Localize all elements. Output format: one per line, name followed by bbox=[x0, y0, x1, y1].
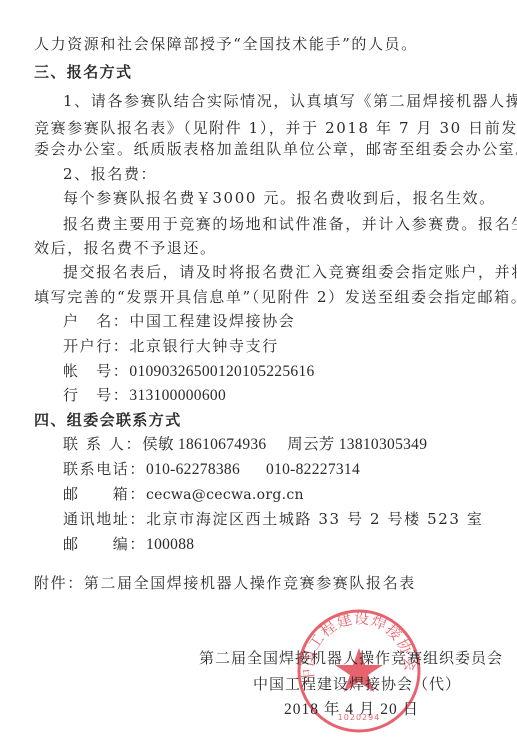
phone-label: 联系电话： bbox=[63, 459, 146, 479]
fee-line: 每个参赛队报名费￥3000 元。报名费收到后，报名生效。 bbox=[63, 188, 496, 208]
contacts-row: 联 系 人：侯敏 18610674936周云芳 13810305349 bbox=[63, 434, 427, 455]
submit-line2: 填写完善的“发票开具信息单”（见附件 2）发送至组委会指定邮箱。 bbox=[34, 287, 517, 307]
signature-org2: 中国工程建设焊接协会（代） bbox=[253, 674, 461, 694]
bank-row: 开户行：北京银行大钟寺支行 bbox=[63, 336, 279, 356]
fee-use-line2: 效后，报名费不予退还。 bbox=[34, 238, 217, 258]
account-no-label: 帐 号： bbox=[63, 361, 129, 381]
address-value: 北京市海淀区西土城路 33 号 2 号楼 523 室 bbox=[146, 510, 483, 528]
item1-line3: 委会办公室。纸质版表格加盖组队单位公章，邮寄至组委会办公室。 bbox=[34, 139, 517, 159]
bank-code-label: 行 号： bbox=[63, 385, 129, 405]
phone-1: 010-62278386 bbox=[146, 460, 266, 480]
attachment-line: 附件：第二届全国焊接机器人操作竞赛参赛队报名表 bbox=[34, 573, 416, 593]
account-no-value: 01090326500120105225616 bbox=[129, 363, 314, 380]
postcode-label: 邮 编： bbox=[63, 534, 146, 554]
account-no-row: 帐 号：01090326500120105225616 bbox=[63, 361, 315, 382]
address-row: 通讯地址：北京市海淀区西土城路 33 号 2 号楼 523 室 bbox=[63, 509, 484, 529]
bank-code-row: 行 号：313100000600 bbox=[63, 385, 226, 406]
intro-line: 人力资源和社会保障部授予“全国技术能手”的人员。 bbox=[34, 34, 418, 54]
email-value: cecwa@cecwa.org.cn bbox=[146, 487, 304, 503]
submit-line1: 提交报名表后，请及时将报名费汇入竞赛组委会指定账户，并将 bbox=[63, 262, 517, 282]
signature-date: 2018 年 4 月 20 日 bbox=[284, 700, 419, 720]
email-label: 邮 箱： bbox=[63, 484, 146, 504]
contact-1: 侯敏 18610674936 bbox=[142, 435, 287, 455]
phone-2: 010-82227314 bbox=[266, 461, 360, 478]
account-name-row: 户 名：中国工程建设焊接协会 bbox=[63, 311, 295, 331]
contact-2: 周云芳 13810305349 bbox=[287, 436, 427, 453]
postcode-value: 100088 bbox=[146, 536, 194, 553]
account-name-value: 中国工程建设焊接协会 bbox=[129, 312, 295, 330]
bank-label: 开户行： bbox=[63, 336, 129, 356]
item1-line2: 竞赛参赛队报名表》（见附件 1），并于 2018 年 7 月 30 日前发送至组 bbox=[34, 118, 517, 138]
fee-use-line1: 报名费主要用于竞赛的场地和试件准备，并计入参赛费。报名生 bbox=[63, 214, 517, 234]
signature-org1: 第二届全国焊接机器人操作竞赛组织委员会 bbox=[199, 648, 503, 668]
address-label: 通讯地址： bbox=[63, 509, 146, 529]
contacts-label: 联 系 人： bbox=[63, 434, 142, 454]
item1-line1: 1、请各参赛队结合实际情况，认真填写《第二届焊接机器人操作 bbox=[63, 91, 517, 111]
phone-row: 联系电话：010-62278386010-82227314 bbox=[63, 459, 360, 480]
bank-value: 北京银行大钟寺支行 bbox=[129, 337, 278, 355]
bank-code-value: 313100000600 bbox=[129, 387, 226, 404]
section4-heading: 四、组委会联系方式 bbox=[34, 410, 182, 430]
item2-title: 2、报名费： bbox=[63, 164, 157, 184]
email-row: 邮 箱：cecwa@cecwa.org.cn bbox=[63, 484, 304, 505]
section3-heading: 三、报名方式 bbox=[34, 62, 132, 82]
account-name-label: 户 名： bbox=[63, 311, 129, 331]
postcode-row: 邮 编：100088 bbox=[63, 534, 194, 555]
